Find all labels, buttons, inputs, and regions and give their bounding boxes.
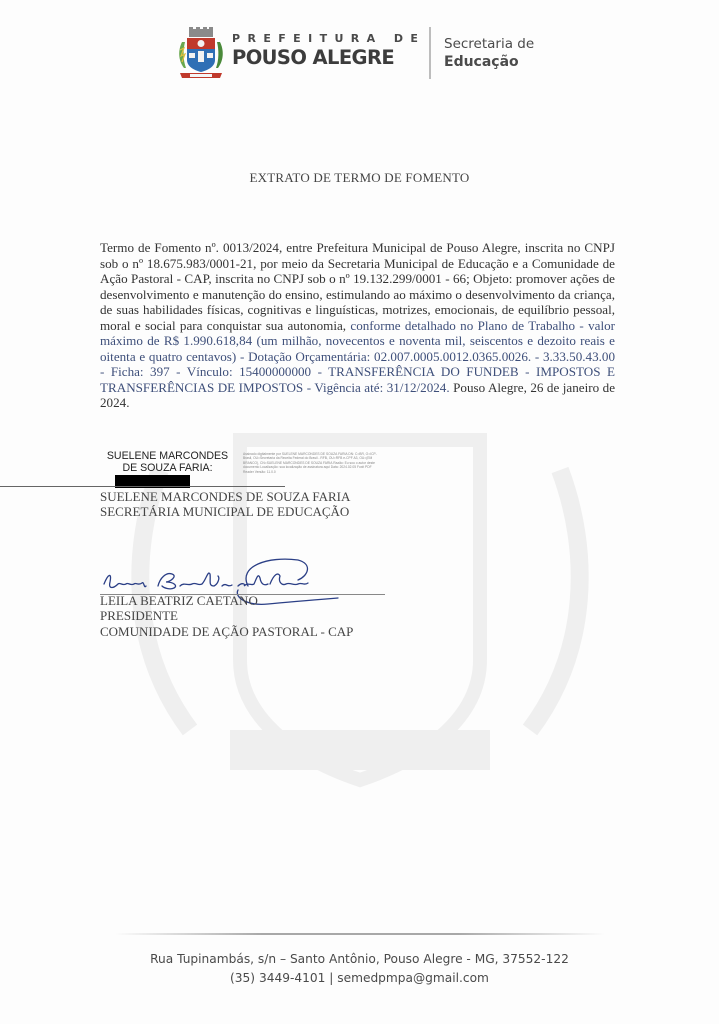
digital-signer-name-line-1: SUELENE MARCONDES [100, 450, 235, 462]
letterhead: PREFEITURA DE POUSO ALEGRE Secretaria de… [176, 26, 556, 80]
brand-prefix: PREFEITURA DE [232, 33, 425, 45]
department-line-1: Secretaria de [444, 36, 534, 53]
department-line-2: Educação [444, 53, 534, 71]
digital-signature-details: Assinado digitalmente por SUELENE MARCON… [243, 452, 383, 474]
digital-signer-name: SUELENE MARCONDES DE SOUZA FARIA: [100, 450, 235, 474]
document-title: EXTRATO DE TERMO DE FOMENTO [0, 170, 719, 186]
signatory-2-name: LEILA BEATRIZ CAETANO [100, 593, 353, 608]
signatory-1: SUELENE MARCONDES DE SOUZA FARIA SECRETÁ… [100, 489, 350, 519]
municipal-coat-of-arms-icon [176, 26, 226, 80]
digital-signer-name-line-2: DE SOUZA FARIA: [100, 462, 235, 474]
footer: Rua Tupinambás, s/n – Santo Antônio, Pou… [0, 950, 719, 988]
footer-address: Rua Tupinambás, s/n – Santo Antônio, Pou… [0, 950, 719, 969]
header-divider [429, 27, 431, 79]
signatory-2: LEILA BEATRIZ CAETANO PRESIDENTE COMUNID… [100, 593, 353, 639]
signatory-1-role: SECRETÁRIA MUNICIPAL DE EDUCAÇÃO [100, 504, 350, 519]
signatory-1-name: SUELENE MARCONDES DE SOUZA FARIA [100, 489, 350, 504]
footer-contact: (35) 3449-4101 | semedpmpa@gmail.com [0, 969, 719, 988]
extract-body: Termo de Fomento nº. 0013/2024, entre Pr… [100, 240, 615, 411]
signatory-2-organization: COMUNIDADE DE AÇÃO PASTORAL - CAP [100, 624, 353, 639]
signature-line-1 [0, 486, 285, 487]
department-name: Secretaria de Educação [444, 36, 534, 71]
signatory-2-role: PRESIDENTE [100, 608, 353, 623]
footer-divider [115, 933, 605, 935]
brand-city: POUSO ALEGRE [232, 47, 425, 69]
brand-wordmark: PREFEITURA DE POUSO ALEGRE [232, 33, 425, 69]
